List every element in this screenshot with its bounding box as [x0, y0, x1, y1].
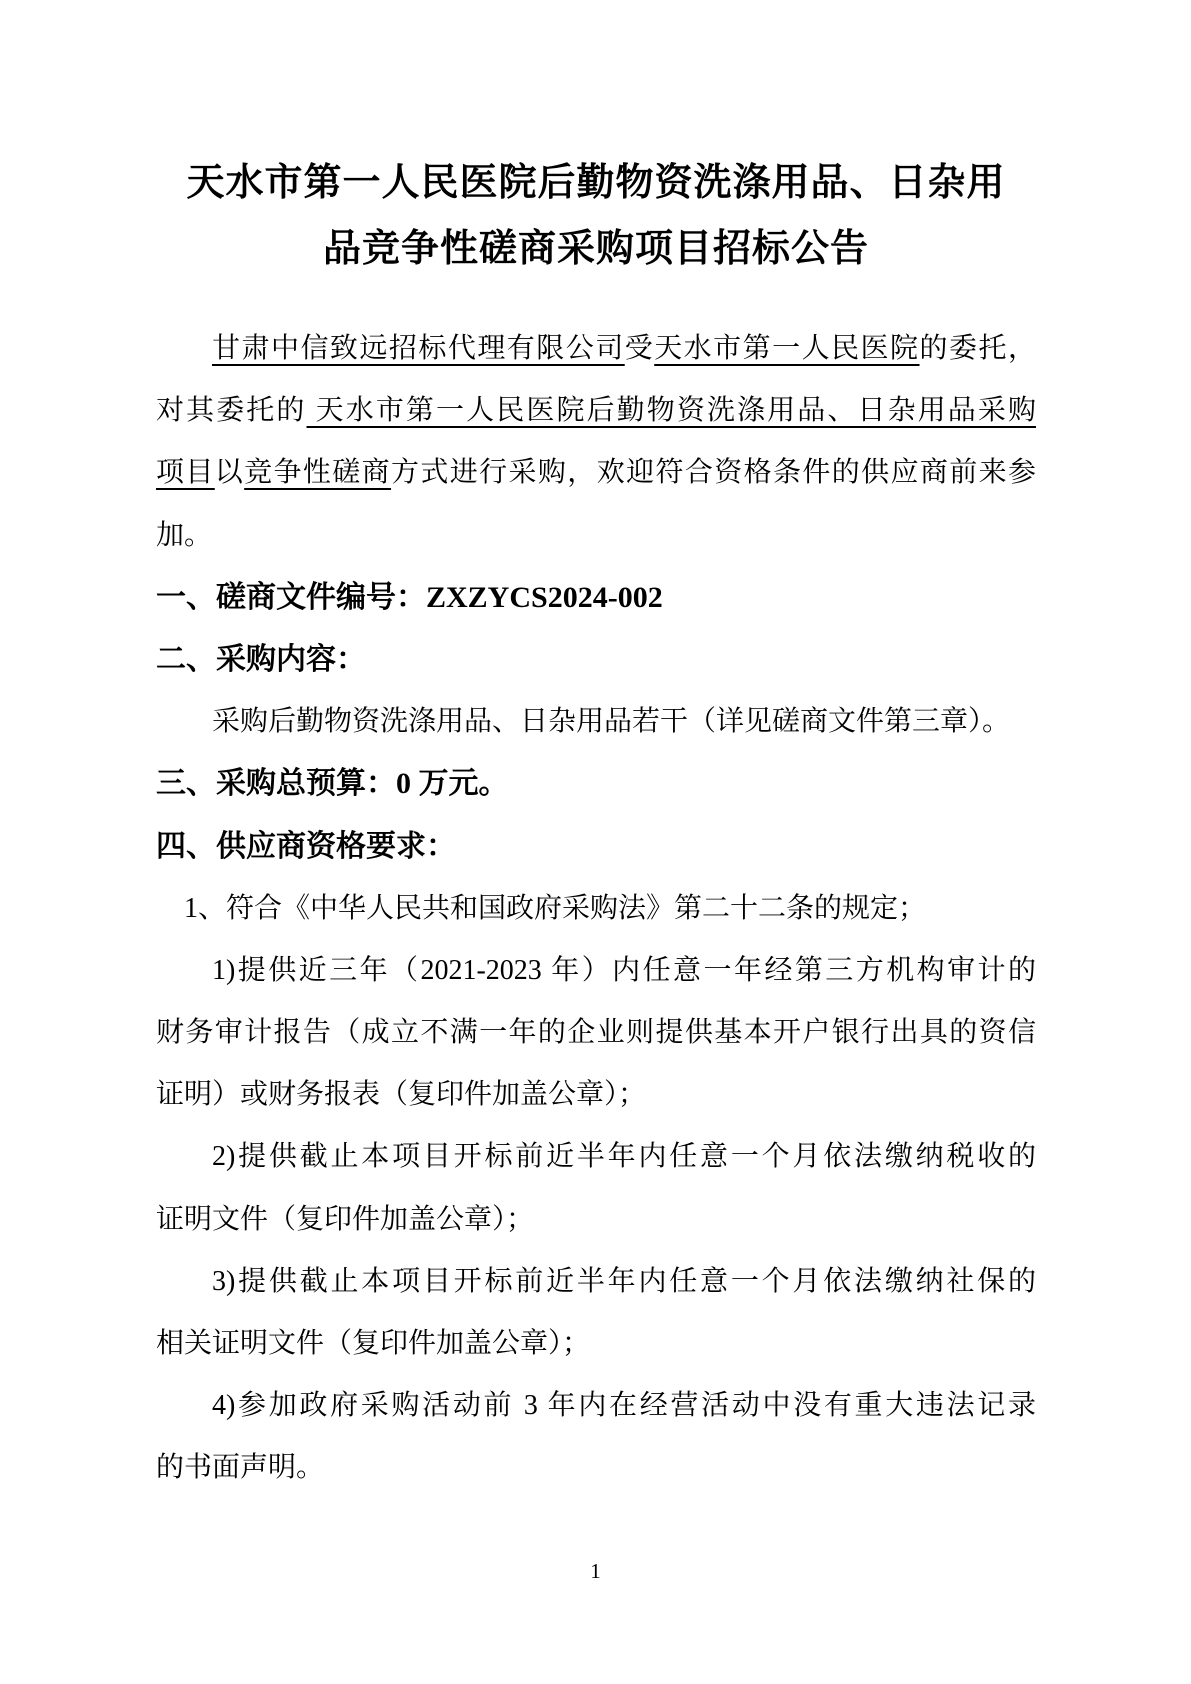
doc-line: 财务审计报告（成立不满一年的企业则提供基本开户银行出具的资信: [156, 1002, 1036, 1064]
page-number: 1: [0, 1556, 1191, 1586]
text-segment: 二、采购内容：: [156, 643, 366, 676]
text-segment: 的委托，: [920, 333, 1036, 364]
doc-line: 甘肃中信致远招标代理有限公司受天水市第一人民医院的委托，: [156, 318, 1036, 380]
text-segment: 方式进行采购，欢迎符合资格条件的供应商前来参: [391, 457, 1036, 488]
doc-line: 的书面声明。: [156, 1437, 1036, 1499]
text-segment: 的书面声明。: [156, 1452, 324, 1483]
text-segment: 4)参加政府采购活动前 3 年内在经营活动中没有重大违法记录: [212, 1390, 1036, 1421]
text-segment: 一、磋商文件编号：ZXZYCS2024-002: [156, 581, 663, 614]
doc-line: 证明）或财务报表（复印件加盖公章）；: [156, 1064, 1036, 1126]
doc-line: 一、磋商文件编号：ZXZYCS2024-002: [156, 567, 1036, 629]
text-segment: 采购后勤物资洗涤用品、日杂用品若干（详见磋商文件第三章）。: [212, 706, 1010, 737]
underlined-text: 项目: [156, 457, 215, 488]
document-body: 甘肃中信致远招标代理有限公司受天水市第一人民医院的委托，对其委托的 天水市第一人…: [156, 318, 1036, 1500]
text-segment: 1、符合《中华人民共和国政府采购法》第二十二条的规定；: [184, 893, 926, 924]
doc-line: 4)参加政府采购活动前 3 年内在经营活动中没有重大违法记录: [156, 1375, 1036, 1437]
doc-line: 采购后勤物资洗涤用品、日杂用品若干（详见磋商文件第三章）。: [156, 691, 1036, 753]
text-segment: 四、供应商资格要求：: [156, 830, 456, 863]
underlined-text: 天水市第一人民医院后勤物资洗涤用品、日杂用品采购: [307, 395, 1036, 426]
text-segment: 以: [215, 457, 244, 488]
doc-line: 证明文件（复印件加盖公章）；: [156, 1189, 1036, 1251]
text-segment: 2)提供截止本项目开标前近半年内任意一个月依法缴纳税收的: [212, 1141, 1036, 1172]
underlined-text: 竞争性磋商: [244, 457, 391, 488]
title-line-2: 品竞争性磋商采购项目招标公告: [156, 216, 1036, 282]
doc-line: 四、供应商资格要求：: [156, 816, 1036, 878]
doc-line: 加。: [156, 505, 1036, 567]
doc-line: 三、采购总预算：0 万元。: [156, 753, 1036, 815]
document-page: 天水市第一人民医院后勤物资洗涤用品、日杂用 品竞争性磋商采购项目招标公告 甘肃中…: [0, 0, 1191, 1684]
text-segment: 证明文件（复印件加盖公章）；: [156, 1204, 534, 1235]
underlined-text: 甘肃中信致远招标代理有限公司: [212, 333, 625, 364]
doc-line: 1)提供近三年（2021-2023 年）内任意一年经第三方机构审计的: [156, 940, 1036, 1002]
doc-line: 二、采购内容：: [156, 629, 1036, 691]
text-segment: 对其委托的: [156, 395, 307, 426]
text-segment: 相关证明文件（复印件加盖公章）；: [156, 1328, 590, 1359]
text-segment: 三、采购总预算：0 万元。: [156, 767, 509, 800]
doc-line: 相关证明文件（复印件加盖公章）；: [156, 1313, 1036, 1375]
text-segment: 受: [625, 333, 654, 364]
text-segment: 财务审计报告（成立不满一年的企业则提供基本开户银行出具的资信: [156, 1017, 1036, 1048]
doc-line: 项目以竞争性磋商方式进行采购，欢迎符合资格条件的供应商前来参: [156, 442, 1036, 504]
doc-line: 对其委托的 天水市第一人民医院后勤物资洗涤用品、日杂用品采购: [156, 380, 1036, 442]
text-segment: 3)提供截止本项目开标前近半年内任意一个月依法缴纳社保的: [212, 1266, 1036, 1297]
doc-line: 2)提供截止本项目开标前近半年内任意一个月依法缴纳税收的: [156, 1126, 1036, 1188]
text-segment: 加。: [156, 520, 212, 551]
title-line-1: 天水市第一人民医院后勤物资洗涤用品、日杂用: [156, 150, 1036, 216]
text-segment: 证明）或财务报表（复印件加盖公章）；: [156, 1079, 646, 1110]
underlined-text: 天水市第一人民医院: [654, 333, 919, 364]
doc-line: 3)提供截止本项目开标前近半年内任意一个月依法缴纳社保的: [156, 1251, 1036, 1313]
text-segment: 1)提供近三年（2021-2023 年）内任意一年经第三方机构审计的: [212, 955, 1036, 986]
doc-line: 1、符合《中华人民共和国政府采购法》第二十二条的规定；: [156, 878, 1036, 940]
document-title: 天水市第一人民医院后勤物资洗涤用品、日杂用 品竞争性磋商采购项目招标公告: [156, 150, 1036, 282]
